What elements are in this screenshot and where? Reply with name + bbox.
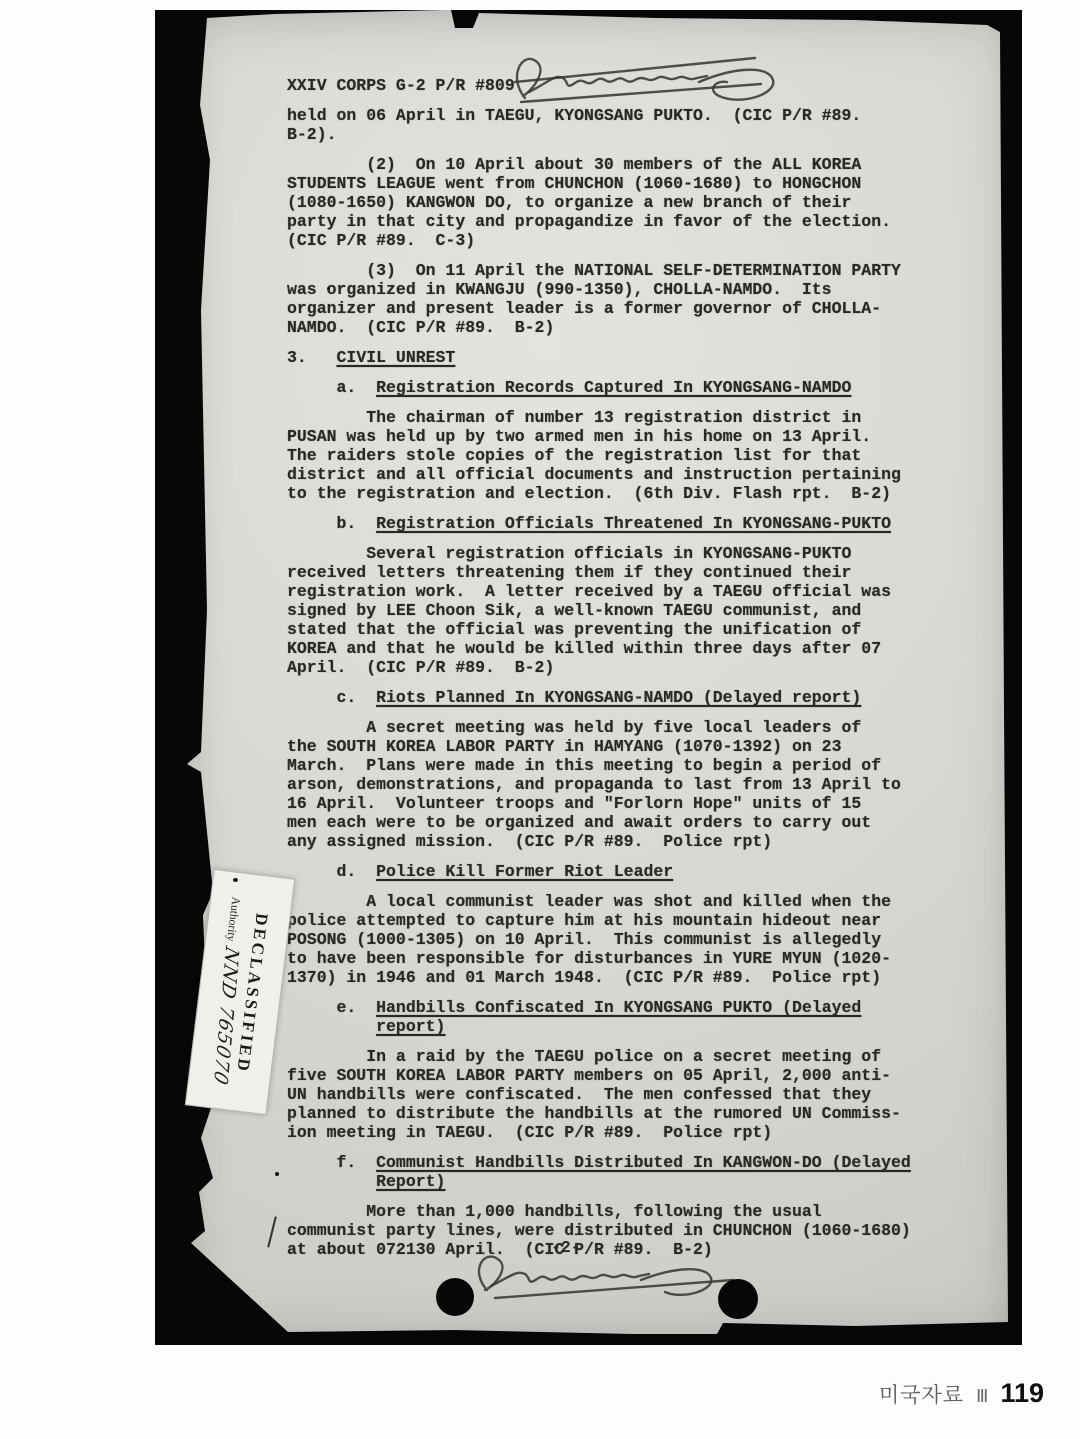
typed-text: XXIV CORPS G-2 P/R #809held on 06 April … (287, 76, 997, 1259)
doc-line: was organized in KWANGJU (990-1350), CHO… (287, 280, 997, 299)
doc-line: arson, demonstrations, and propaganda to… (287, 775, 997, 794)
doc-line: ion meeting in TAEGU. (CIC P/R #89. Poli… (287, 1123, 997, 1142)
doc-line: A secret meeting was held by five local … (287, 718, 997, 737)
doc-heading-line: b. Registration Officials Threatened In … (287, 514, 997, 533)
doc-heading-text: CIVIL UNREST (337, 348, 456, 367)
doc-heading-prefix: b. (287, 514, 376, 533)
doc-heading-prefix: e. (287, 998, 376, 1017)
paper-speck (275, 1172, 279, 1176)
doc-line: A local communist leader was shot and ki… (287, 892, 997, 911)
doc-line: In a raid by the TAEGU police on a secre… (287, 1047, 997, 1066)
doc-line: stated that the official was preventing … (287, 620, 997, 639)
doc-line: (CIC P/R #89. C-3) (287, 231, 997, 250)
doc-block: (2) On 10 April about 30 members of the … (287, 155, 997, 250)
doc-heading-text: report) (376, 1017, 445, 1036)
document-scan: XXIV CORPS G-2 P/R #809held on 06 April … (155, 10, 1022, 1345)
doc-line: The raiders stole copies of the registra… (287, 446, 997, 465)
doc-heading-prefix: d. (287, 862, 376, 881)
doc-line: to have been responsible for disturbance… (287, 949, 997, 968)
doc-line: (3) On 11 April the NATIONAL SELF-DETERM… (287, 261, 997, 280)
doc-line: KOREA and that he would be killed within… (287, 639, 997, 658)
doc-heading-line: d. Police Kill Former Riot Leader (287, 862, 997, 881)
doc-heading-line: e. Handbills Confiscated In KYONGSANG PU… (287, 998, 997, 1017)
doc-line: UN handbills were confiscated. The men c… (287, 1085, 997, 1104)
doc-heading-text: Police Kill Former Riot Leader (376, 862, 673, 881)
doc-line: to the registration and election. (6th D… (287, 484, 997, 503)
doc-line: April. (CIC P/R #89. B-2) (287, 658, 997, 677)
doc-heading-text: Riots Planned In KYONGSANG-NAMDO (Delaye… (376, 688, 861, 707)
doc-block: A secret meeting was held by five local … (287, 718, 997, 851)
doc-block: (3) On 11 April the NATIONAL SELF-DETERM… (287, 261, 997, 337)
doc-heading-line: 3. CIVIL UNREST (287, 348, 997, 367)
doc-heading-prefix: 3. (287, 348, 337, 367)
doc-heading-text: Registration Records Captured In KYONGSA… (376, 378, 851, 397)
doc-heading-prefix: f. (287, 1153, 376, 1172)
doc-line: The chairman of number 13 registration d… (287, 408, 997, 427)
doc-heading-prefix: c. (287, 688, 376, 707)
footer-archive-label: 미국자료 (879, 1379, 964, 1409)
doc-block: Several registration officials in KYONGS… (287, 544, 997, 677)
punch-hole-left (436, 1278, 474, 1316)
doc-heading-line: report) (287, 1017, 997, 1036)
stamp-authority-label: Authority (224, 896, 241, 942)
doc-block: d. Police Kill Former Riot Leader (287, 862, 997, 881)
doc-line: planned to distribute the handbills at t… (287, 1104, 997, 1123)
doc-line: 1370) in 1946 and 01 March 1948. (CIC P/… (287, 968, 997, 987)
confidential-scrawl-top-icon (503, 36, 803, 128)
doc-line: any assigned mission. (CIC P/R #89. Poli… (287, 832, 997, 851)
doc-block: a. Registration Records Captured In KYON… (287, 378, 997, 397)
doc-line: NAMDO. (CIC P/R #89. B-2) (287, 318, 997, 337)
doc-line: registration work. A letter received by … (287, 582, 997, 601)
doc-line: organizer and present leader is a former… (287, 299, 997, 318)
doc-block: The chairman of number 13 registration d… (287, 408, 997, 503)
doc-heading-text: Handbills Confiscated In KYONGSANG PUKTO… (376, 998, 861, 1017)
doc-heading-text: Registration Officials Threatened In KYO… (376, 514, 891, 533)
doc-line: the SOUTH KOREA LABOR PARTY in HAMYANG (… (287, 737, 997, 756)
doc-block: b. Registration Officials Threatened In … (287, 514, 997, 533)
doc-line: (1080-1650) KANGWON DO, to organize a ne… (287, 193, 997, 212)
doc-block: A local communist leader was shot and ki… (287, 892, 997, 987)
doc-heading-line: f. Communist Handbills Distributed In KA… (287, 1153, 997, 1172)
doc-line: Several registration officials in KYONGS… (287, 544, 997, 563)
doc-heading-prefix: a. (287, 378, 376, 397)
doc-heading-text: Communist Handbills Distributed In KANGW… (376, 1153, 911, 1172)
doc-heading-line: Report) (287, 1172, 997, 1191)
doc-line: STUDENTS LEAGUE went from CHUNCHON (1060… (287, 174, 997, 193)
doc-line: PUSAN was held up by two armed men in hi… (287, 427, 997, 446)
doc-block: e. Handbills Confiscated In KYONGSANG PU… (287, 998, 997, 1036)
doc-line: POSONG (1000-1305) on 10 April. This com… (287, 930, 997, 949)
doc-line: communist party lines, were distributed … (287, 1221, 997, 1240)
doc-line: received letters threatening them if the… (287, 563, 997, 582)
footer-volume-numeral: Ⅲ (976, 1386, 988, 1407)
doc-block: c. Riots Planned In KYONGSANG-NAMDO (Del… (287, 688, 997, 707)
doc-heading-prefix (287, 1172, 376, 1191)
doc-heading-text: Report) (376, 1172, 445, 1191)
doc-block: 3. CIVIL UNREST (287, 348, 997, 367)
paper-speck (327, 287, 330, 290)
doc-heading-line: c. Riots Planned In KYONGSANG-NAMDO (Del… (287, 688, 997, 707)
paper-speck (233, 878, 238, 882)
doc-heading-prefix (287, 1017, 376, 1036)
doc-line: 16 April. Volunteer troops and "Forlorn … (287, 794, 997, 813)
doc-heading-line: a. Registration Records Captured In KYON… (287, 378, 997, 397)
doc-line: March. Plans were made in this meeting t… (287, 756, 997, 775)
footer-page-number: 119 (1000, 1378, 1044, 1409)
doc-line: district and all official documents and … (287, 465, 997, 484)
doc-line: More than 1,000 handbills, following the… (287, 1202, 997, 1221)
punch-hole-right (718, 1279, 758, 1319)
doc-block: In a raid by the TAEGU police on a secre… (287, 1047, 997, 1142)
doc-line: party in that city and propagandize in f… (287, 212, 997, 231)
doc-line: (2) On 10 April about 30 members of the … (287, 155, 997, 174)
doc-line: police attempted to capture him at his m… (287, 911, 997, 930)
doc-line: five SOUTH KOREA LABOR PARTY members on … (287, 1066, 997, 1085)
archive-footer: 미국자료 Ⅲ 119 (879, 1378, 1044, 1409)
doc-line: men each were to be organized and await … (287, 813, 997, 832)
doc-line: signed by LEE Choon Sik, a well-known TA… (287, 601, 997, 620)
doc-block: f. Communist Handbills Distributed In KA… (287, 1153, 997, 1191)
